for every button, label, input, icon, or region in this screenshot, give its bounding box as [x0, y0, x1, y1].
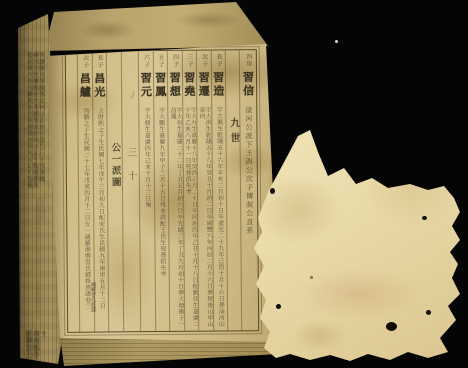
relation-label: 六子 [143, 54, 149, 70]
person-name: 習造 [213, 71, 224, 103]
gutter-title: 湘鄉習氏族譜 [82, 282, 95, 334]
dust-speck [335, 40, 338, 43]
person-detail: 字大發生嘉慶四年己未十月十三日殤 [143, 107, 151, 331]
relation-label: 四子 [172, 54, 178, 70]
page-number: 三十 [126, 147, 136, 194]
page-number-column: 丿 三十 [121, 51, 140, 331]
person-detail: 字大興生乾隆五十六年辛亥三月初十日卒道光二十九年己酉十月十六日葬淦河山 [216, 106, 224, 330]
person-column-xifeng: 五子 習鳳 字大鵬生嘉慶九年甲子三月十五日歿未詳配王氏生歿葬俱失考 [152, 51, 169, 331]
book-top-edge [38, 0, 274, 52]
person-column-xixiang: 四子 習想 字大有生嘉慶二十二年丁丑五月初六日卒光緒三年丁丑九月初十日葬大塘衝子… [167, 51, 184, 331]
header-top-label: 四房 [245, 53, 251, 69]
person-name: 習鳳 [155, 72, 166, 104]
person-detail: 字大洪生乾隆五十八年癸丑十月初二日卒咸豐六年丙辰二月十六日葬屋後山申山寅向 [198, 107, 212, 331]
worm-hole [276, 304, 281, 309]
generation-label: 九世 [228, 117, 238, 147]
person-column-xiyao: 三子 習堯 字大九生嘉慶十八年癸酉正月二十日卒同治四年乙丑十月十八日配劉氏生嘉慶… [181, 51, 198, 331]
stain-speck [310, 276, 313, 279]
worm-hole [422, 216, 427, 220]
worm-hole [270, 188, 275, 194]
person-column-xizao: 長子 習造 字大興生乾隆五十六年辛亥三月初十日卒道光二十九年己酉十月十六日葬淦河… [210, 50, 227, 330]
person-detail: 字大有生嘉慶二十二年丁丑五月初六日卒光緒三年丁丑九月初十日葬大塘衝子一昌選 [169, 107, 183, 331]
header-name: 習信 [242, 71, 253, 103]
lineage-header-column: 四房 習信 淦河公派下王酉公次子傳叔公直系 [239, 50, 258, 330]
person-detail: 字大九生嘉慶十八年癸酉正月二十日卒同治四年乙丑十月十八日配劉氏生嘉慶二十年乙亥八… [184, 107, 198, 331]
generation-column: 九世 [225, 50, 241, 330]
section-label: 公一派圖 [110, 142, 120, 188]
genealogy-page: 湘鄉習氏族譜 四房 習信 淦河公派下王酉公次子傳叔公直系 九世 長子 習造 字大… [44, 42, 282, 346]
relation-label: 長子 [215, 53, 221, 69]
torn-paper-fragment [250, 126, 466, 364]
lineage-line: 淦河公派下王酉公次子傳叔公直系 [245, 106, 254, 330]
relation-label: 三子 [186, 54, 192, 70]
person-column-xiqian: 次子 習遷 字大洪生乾隆五十八年癸丑十月初二日卒咸豐六年丙辰二月十六日葬屋後山申… [196, 51, 213, 331]
section-label-column: 公一派圖 [106, 51, 123, 331]
person-name: 習元 [140, 72, 151, 104]
photo-scene: 譜族修四氏習鄉湘卷世系圖派房淦河公支下譜族修四氏習鄉湘卷世系圖派房淦河公支下譜族… [0, 0, 468, 368]
relation-label: 次子 [201, 54, 207, 70]
person-name: 習堯 [184, 72, 195, 104]
person-name: 習遷 [198, 72, 209, 104]
person-column-xiyuan: 六子 習元 字大發生嘉慶四年己未十月十三日殤 [138, 51, 155, 331]
relation-label: 次子 [82, 55, 88, 71]
person-name: 習想 [169, 72, 180, 104]
person-detail: 主財熙之子生民國七年戊午三月初九日配宋氏生民國九年庚申五月十二日 [97, 108, 105, 332]
relation-label: 長子 [96, 55, 102, 71]
person-name: 昌光 [94, 72, 105, 104]
worm-hole [426, 310, 431, 315]
relation-label: 五子 [157, 54, 163, 70]
person-detail: 字大鵬生嘉慶九年甲子三月十五日歿未詳配王氏生歿葬俱失考 [158, 107, 166, 331]
person-name: 昌艫 [79, 73, 90, 105]
brush-mark: 丿 [125, 89, 136, 100]
worm-hole [386, 322, 397, 331]
